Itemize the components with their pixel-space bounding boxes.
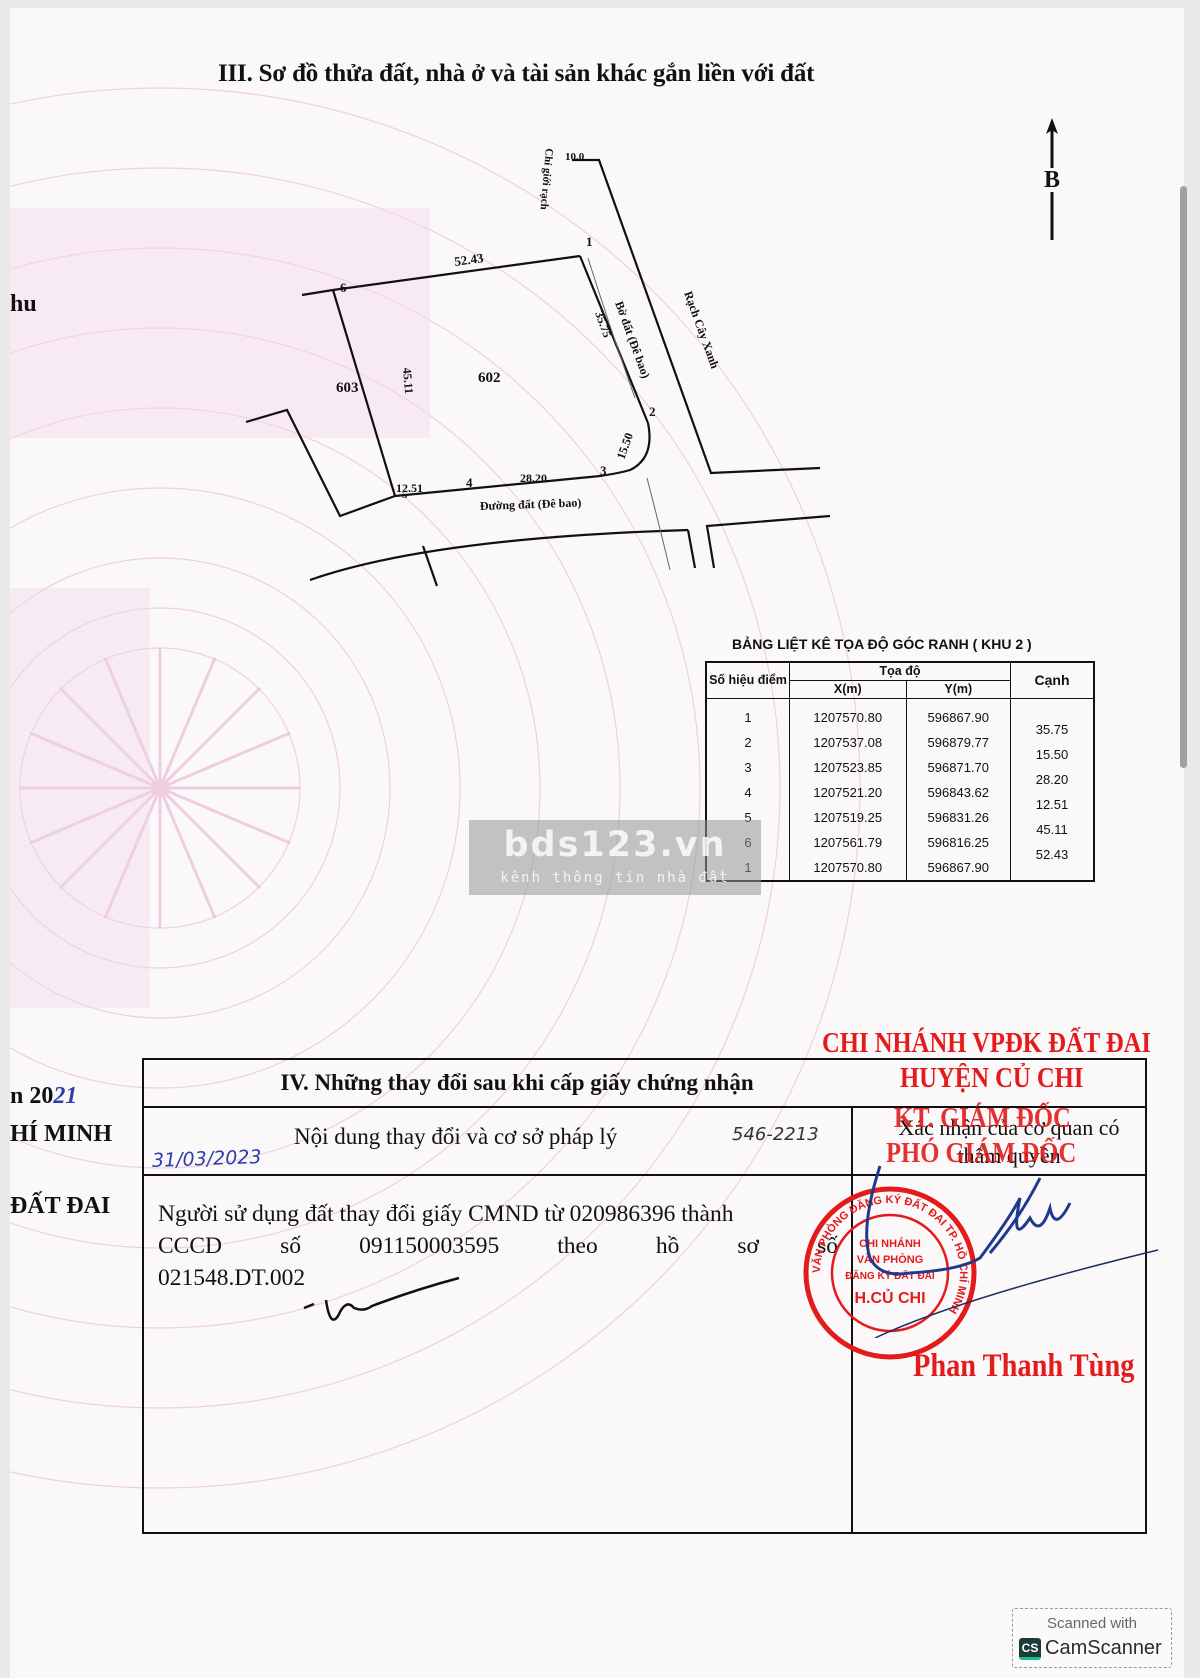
handwritten-code: 546-2213 [732, 1124, 819, 1145]
svg-text:Bờ đất (Đê bao): Bờ đất (Đê bao) [612, 299, 653, 380]
edge-length: 28.20 [1011, 767, 1093, 792]
svg-text:6: 6 [340, 280, 347, 295]
camscanner-name: CamScanner [1045, 1637, 1162, 1660]
svg-text:Đường đất (Đê bao): Đường đất (Đê bao) [480, 495, 582, 513]
cell-point: 2 [706, 730, 790, 755]
watermark-main: bds123.vn [469, 825, 761, 865]
cell-x: 1207570.80 [790, 855, 907, 881]
content-word: số [280, 1230, 301, 1262]
cell-x: 1207519.25 [790, 805, 907, 830]
svg-text:Rạch Cây Xanh: Rạch Cây Xanh [681, 289, 722, 371]
svg-text:2: 2 [649, 404, 656, 419]
edge-length: 35.75 [1011, 717, 1093, 742]
cell-y: 596831.26 [906, 805, 1010, 830]
header-edge: Cạnh [1011, 662, 1095, 699]
cell-x: 1207570.80 [790, 699, 907, 731]
edge-length: 15.50 [1011, 742, 1093, 767]
cell-x: 1207561.79 [790, 830, 907, 855]
handwritten-date: 31/03/2023 [152, 1146, 262, 1172]
cell-y: 596867.90 [906, 855, 1010, 881]
cell-y: 596843.62 [906, 780, 1010, 805]
cell-x: 1207537.08 [790, 730, 907, 755]
edge-length: 12.51 [1011, 792, 1093, 817]
change-content: Người sử dụng đất thay đổi giấy CMND từ … [158, 1198, 838, 1294]
stamp-header-line2: HUYỆN CỦ CHI [900, 1063, 1083, 1095]
cell-y: 596816.25 [906, 830, 1010, 855]
header-coords: Tọa độ [790, 662, 1011, 681]
cell-point: 3 [706, 755, 790, 780]
header-point-id: Số hiệu điểm [706, 662, 790, 699]
svg-text:52.43: 52.43 [453, 250, 485, 269]
left-cut-city: HÍ MINH [10, 1121, 112, 1148]
content-line-2: CCCDsố091150003595theohồsơsố [158, 1230, 838, 1262]
column-header-changes: Nội dung thay đổi và cơ sở pháp lý [294, 1124, 617, 1150]
handwritten-initials [294, 1270, 474, 1340]
camscanner-badge: Scanned with CS CamScanner [1012, 1608, 1172, 1668]
left-cut-office: ĐẤT ĐAI [10, 1193, 110, 1220]
vertical-scrollbar-thumb[interactable] [1180, 186, 1187, 768]
cell-y: 596879.77 [906, 730, 1010, 755]
svg-text:28.20: 28.20 [520, 471, 547, 485]
signature [840, 1158, 1160, 1338]
edge-length: 52.43 [1011, 842, 1093, 867]
header-y: Y(m) [906, 681, 1010, 699]
svg-text:1: 1 [586, 234, 593, 249]
parcel-diagram: 602 603 52.43 12.51 28.20 1 2 3 4 5 6 45… [10, 8, 1184, 628]
left-cut-year: n 2021 [10, 1083, 77, 1110]
signer-name: Phan Thanh Tùng [913, 1348, 1134, 1385]
table-row: 11207570.80596867.9035.7515.5028.2012.51… [706, 699, 1094, 731]
neighbor-parcel-label: 603 [336, 380, 359, 396]
content-line-1: Người sử dụng đất thay đổi giấy CMND từ … [158, 1198, 838, 1230]
scanned-document-page: III. Sơ đồ thửa đất, nhà ở và tài sản kh… [10, 8, 1184, 1678]
content-word: CCCD [158, 1230, 222, 1262]
edge-length: 45.11 [1011, 817, 1093, 842]
content-word: sơ [737, 1230, 759, 1262]
section-4-title: IV. Những thay đổi sau khi cấp giấy chứn… [144, 1060, 890, 1106]
coordinate-table-title: BẢNG LIỆT KÊ TỌA ĐỘ GÓC RANH ( KHU 2 ) [732, 636, 1032, 652]
content-word: theo [557, 1230, 597, 1262]
watermark-subtitle: kênh thông tin nhà đất [469, 870, 761, 886]
svg-text:35.75: 35.75 [592, 309, 614, 339]
cell-y: 596867.90 [906, 699, 1010, 731]
svg-text:4: 4 [466, 475, 473, 490]
camscanner-logo-icon: CS [1019, 1638, 1041, 1660]
bds123-watermark: bds123.vn kênh thông tin nhà đất [469, 820, 761, 895]
header-x: X(m) [790, 681, 907, 699]
svg-text:5: 5 [402, 489, 408, 501]
edge-lengths-column: 35.7515.5028.2012.5145.1152.43 [1011, 699, 1095, 882]
stamp-header-line1: CHI NHÁNH VPĐK ĐẤT ĐAI [822, 1028, 1151, 1060]
camscanner-top-text: Scanned with [1013, 1615, 1171, 1632]
svg-text:3: 3 [600, 463, 607, 478]
cell-x: 1207521.20 [790, 780, 907, 805]
svg-text:45.11: 45.11 [400, 367, 416, 394]
content-word: hồ [656, 1230, 680, 1262]
year-handwritten: 21 [53, 1083, 77, 1109]
content-line-3: 021548.DT.002 [158, 1262, 838, 1294]
coordinate-table: Số hiệu điểm Tọa độ Cạnh X(m) Y(m) 11207… [705, 661, 1095, 882]
svg-text:10.0: 10.0 [565, 151, 585, 163]
cell-y: 596871.70 [906, 755, 1010, 780]
content-word: 091150003595 [359, 1230, 499, 1262]
parcel-number-label: 602 [478, 370, 501, 386]
coordinate-table-body: 11207570.80596867.9035.7515.5028.2012.51… [706, 699, 1094, 882]
year-prefix: n 20 [10, 1083, 53, 1109]
cell-x: 1207523.85 [790, 755, 907, 780]
cell-point: 4 [706, 780, 790, 805]
svg-text:15.50: 15.50 [614, 431, 636, 461]
svg-text:12.51: 12.51 [396, 481, 423, 495]
cell-point: 1 [706, 699, 790, 731]
stamp-header-line3: KT. GIÁM ĐỐC [894, 1103, 1071, 1135]
svg-text:Chỉ giới rạch: Chỉ giới rạch [538, 148, 555, 211]
